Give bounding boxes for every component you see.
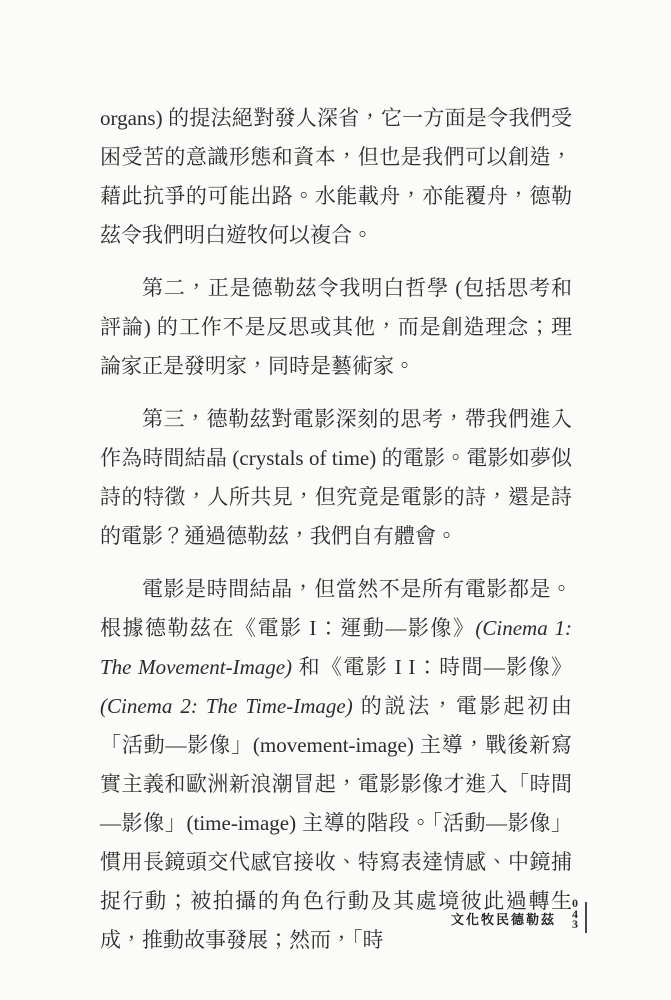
page-number-rule [585, 902, 587, 933]
paragraph: 第二，正是德勒茲令我明白哲學 (包括思考和評論) 的工作不是反思或其他，而是創造… [100, 269, 572, 386]
book-title-latin: (Cinema 2: The Time-Image) [100, 694, 353, 718]
text-block: organs) 的提法絕對發人深省，它一方面是令我們受困受苦的意識形態和資本，但… [100, 99, 572, 974]
paragraph-text: 第三，德勒茲對電影深刻的思考，帶我們進入作為時間結晶 (crystals of … [100, 407, 572, 548]
paragraph: 第三，德勒茲對電影深刻的思考，帶我們進入作為時間結晶 (crystals of … [100, 400, 572, 556]
page-number: 0 4 3 [568, 898, 582, 930]
paragraph-text: 第二，正是德勒茲令我明白哲學 (包括思考和評論) 的工作不是反思或其他，而是創造… [100, 276, 572, 378]
book-page: organs) 的提法絕對發人深省，它一方面是令我們受困受苦的意識形態和資本，但… [0, 0, 671, 1000]
footer-running-title: 文化牧民德勒茲 [451, 909, 556, 928]
paragraph-text: organs) 的提法絕對發人深省，它一方面是令我們受困受苦的意識形態和資本，但… [100, 106, 572, 247]
paragraph: 電影是時間結晶，但當然不是所有電影都是。根據德勒茲在《電影 I：運動—影像》(C… [100, 570, 572, 960]
paragraph-text: 和《電影 I I：時間—影像》 [292, 655, 572, 679]
paragraph: organs) 的提法絕對發人深省，它一方面是令我們受困受苦的意識形態和資本，但… [100, 99, 572, 255]
